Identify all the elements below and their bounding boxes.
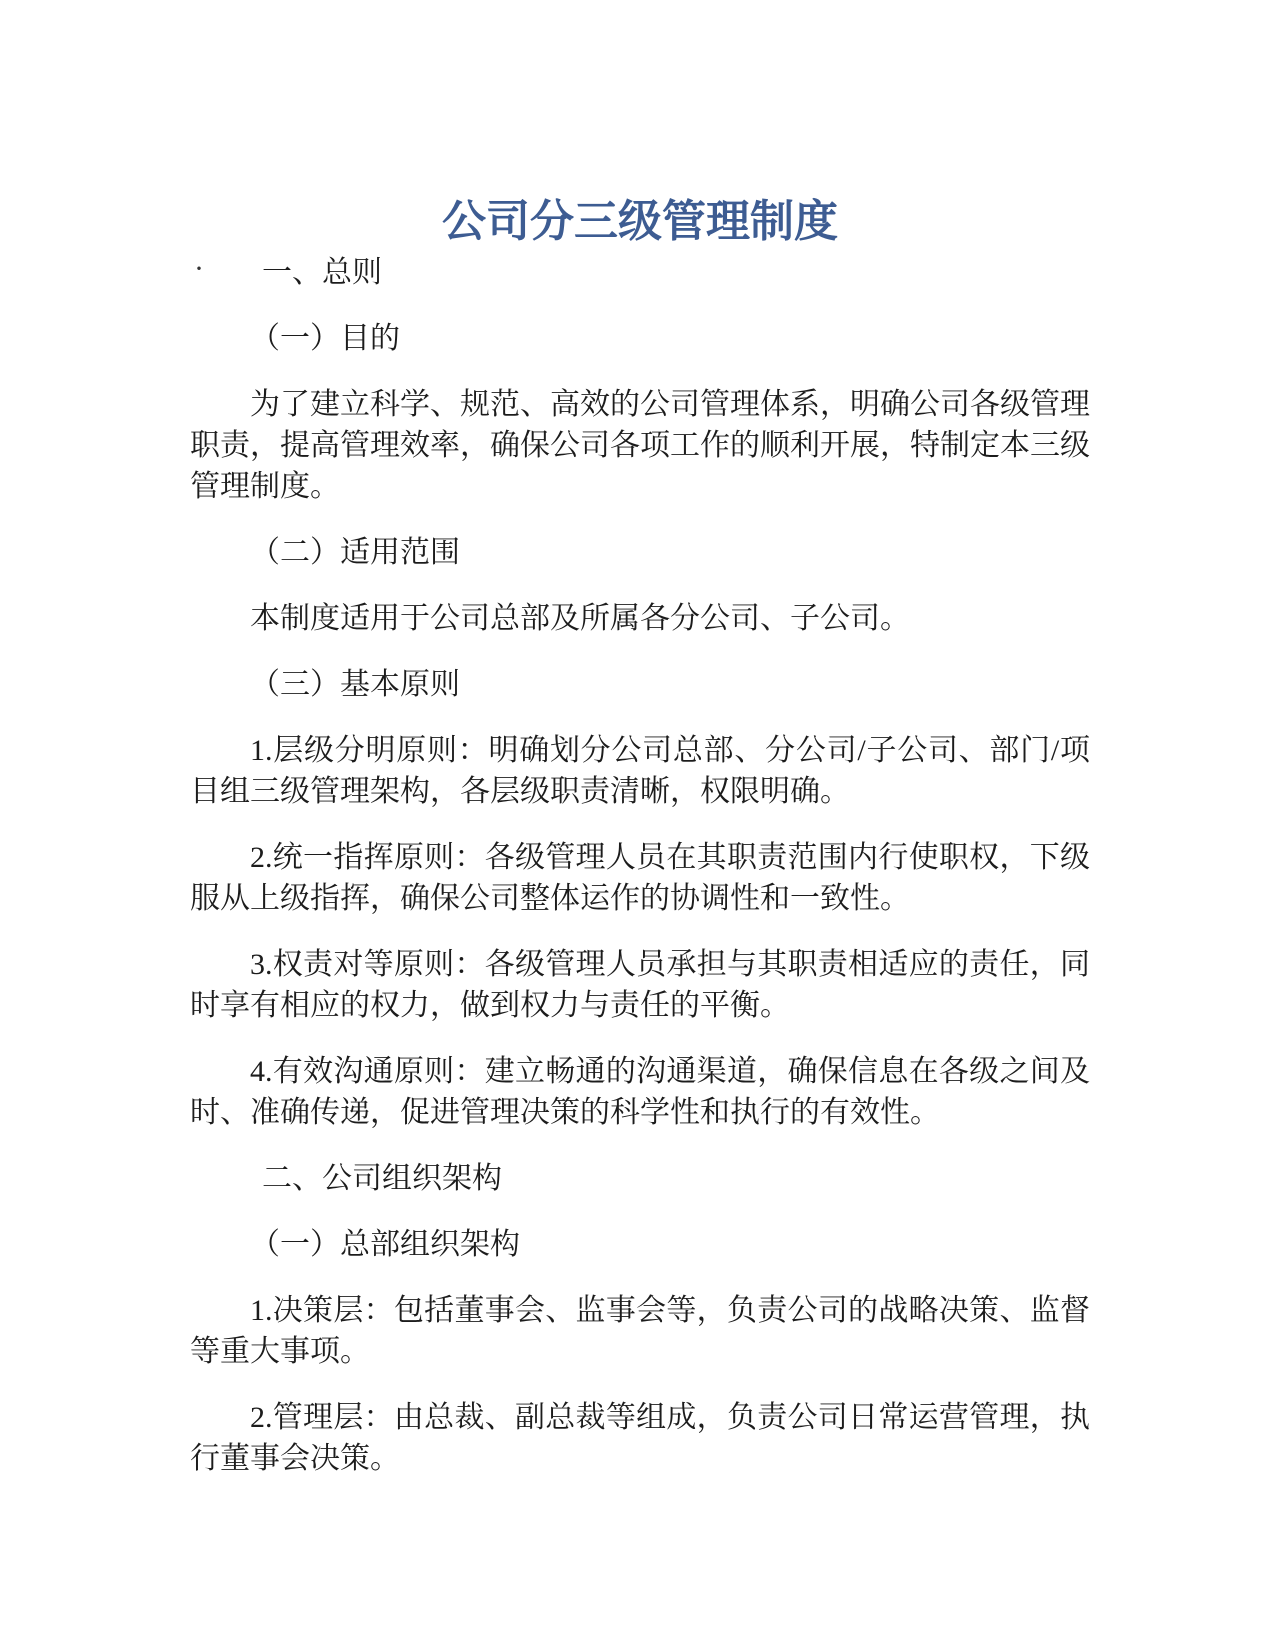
paragraph-purpose: 为了建立科学、规范、高效的公司管理体系，明确公司各级管理职责，提高管理效率，确保… [190, 384, 1090, 507]
section-heading-zuzhijiagou: 二、公司组织架构 [190, 1158, 1090, 1199]
margin-bullet: · [194, 248, 204, 289]
paragraph-jueceng: 1.决策层：包括董事会、监事会等，负责公司的战略决策、监督等重大事项。 [190, 1290, 1090, 1372]
paragraph-guanliceng: 2.管理层：由总裁、副总裁等组成，负责公司日常运营管理，执行董事会决策。 [190, 1397, 1090, 1479]
section-heading-zongze: · 一、总则 [190, 252, 1090, 293]
paragraph-principle-4: 4.有效沟通原则：建立畅通的沟通渠道，确保信息在各级之间及时、准确传递，促进管理… [190, 1051, 1090, 1133]
subheading-jibenyuanze: （三）基本原则 [190, 664, 1090, 705]
subheading-zongbu-jiagou: （一）总部组织架构 [190, 1224, 1090, 1265]
subheading-mudi: （一）目的 [190, 318, 1090, 359]
paragraph-principle-1: 1.层级分明原则：明确划分公司总部、分公司/子公司、部门/项目组三级管理架构，各… [190, 730, 1090, 812]
subheading-shiyongfanwei: （二）适用范围 [190, 532, 1090, 573]
document-title: 公司分三级管理制度 [190, 195, 1090, 249]
document-page: 公司分三级管理制度 · 一、总则 （一）目的 为了建立科学、规范、高效的公司管理… [0, 0, 1275, 1650]
paragraph-principle-2: 2.统一指挥原则：各级管理人员在其职责范围内行使职权，下级服从上级指挥，确保公司… [190, 837, 1090, 919]
paragraph-principle-3: 3.权责对等原则：各级管理人员承担与其职责相适应的责任，同时享有相应的权力，做到… [190, 944, 1090, 1026]
paragraph-scope: 本制度适用于公司总部及所属各分公司、子公司。 [190, 598, 1090, 639]
heading-text: 一、总则 [262, 256, 382, 289]
